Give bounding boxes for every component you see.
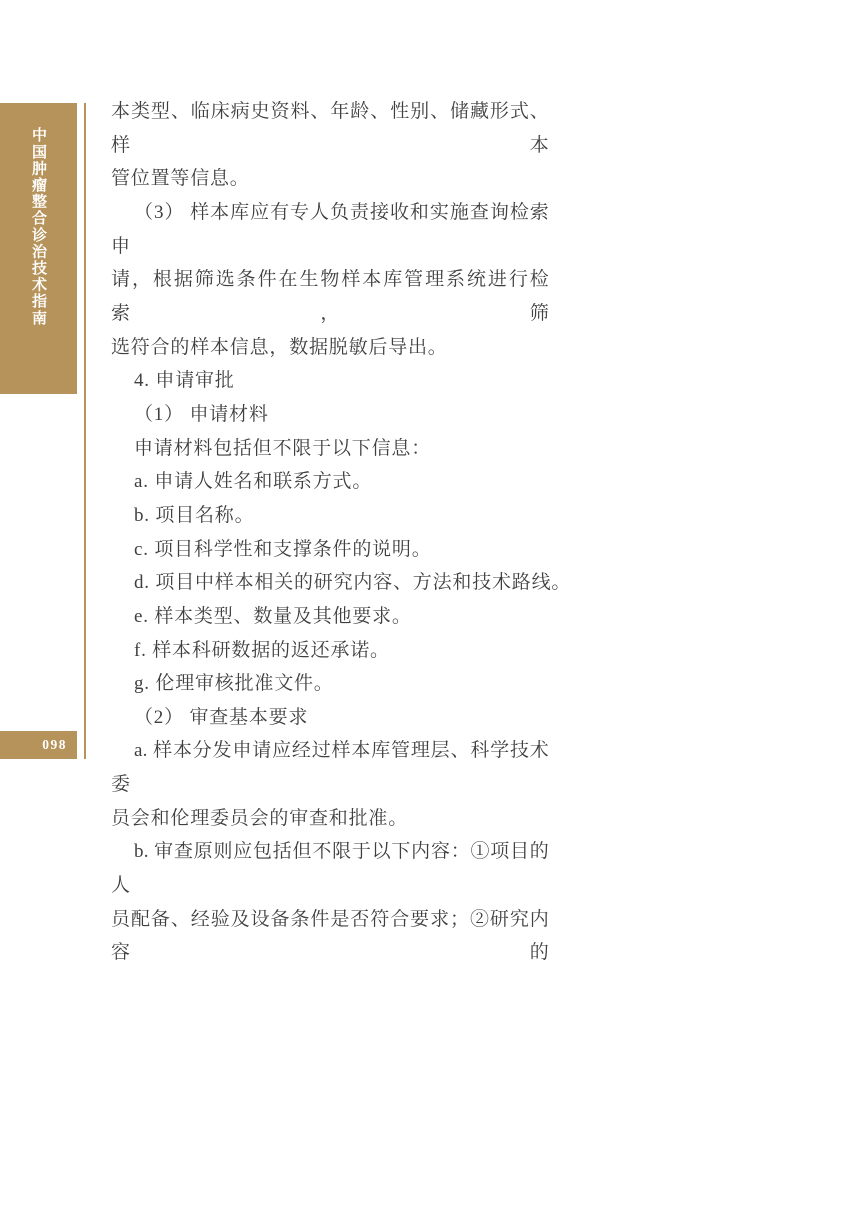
body-line: b. 审查原则应包括但不限于以下内容：①项目的人 bbox=[111, 835, 549, 902]
body-line: 请，根据筛选条件在生物样本库管理系统进行检索，筛 bbox=[111, 263, 549, 330]
body-line: e. 样本类型、数量及其他要求。 bbox=[111, 600, 549, 634]
body-line: g. 伦理审核批准文件。 bbox=[111, 667, 549, 701]
body-line: 管位置等信息。 bbox=[111, 162, 549, 196]
body-line: c. 项目科学性和支撑条件的说明。 bbox=[111, 533, 549, 567]
body-line: d. 项目中样本相关的研究内容、方法和技术路线。 bbox=[111, 566, 549, 600]
body-line: 选符合的样本信息，数据脱敏后导出。 bbox=[111, 331, 549, 365]
body-line: a. 样本分发申请应经过样本库管理层、科学技术委 bbox=[111, 734, 549, 801]
body-line: a. 申请人姓名和联系方式。 bbox=[111, 465, 549, 499]
body-line: 本类型、临床病史资料、年龄、性别、储藏形式、样本 bbox=[111, 95, 549, 162]
book-title-vertical-text: 中国肿瘤整合诊治技术指南（CACA） bbox=[0, 103, 77, 394]
body-line: 申请材料包括但不限于以下信息： bbox=[111, 432, 549, 466]
body-line: 员配备、经验及设备条件是否符合要求；②研究内容的 bbox=[111, 903, 549, 970]
vertical-divider-rule bbox=[84, 103, 86, 759]
book-title-sidebar: 中国肿瘤整合诊治技术指南（CACA） bbox=[0, 103, 77, 394]
body-line: b. 项目名称。 bbox=[111, 499, 549, 533]
body-line: （3） 样本库应有专人负责接收和实施查询检索申 bbox=[111, 196, 549, 263]
book-page: { "colors": { "tan": "#b6935a", "ink": "… bbox=[0, 0, 867, 1218]
body-line: （1） 申请材料 bbox=[111, 398, 549, 432]
body-line: f. 样本科研数据的返还承诺。 bbox=[111, 634, 549, 668]
body-line: （2） 审查基本要求 bbox=[111, 701, 549, 735]
body-line: 员会和伦理委员会的审查和批准。 bbox=[111, 802, 549, 836]
page-number-badge: 098 bbox=[0, 731, 77, 759]
body-text-column: 本类型、临床病史资料、年龄、性别、储藏形式、样本 管位置等信息。 （3） 样本库… bbox=[111, 95, 549, 970]
body-line: 4. 申请审批 bbox=[111, 364, 549, 398]
